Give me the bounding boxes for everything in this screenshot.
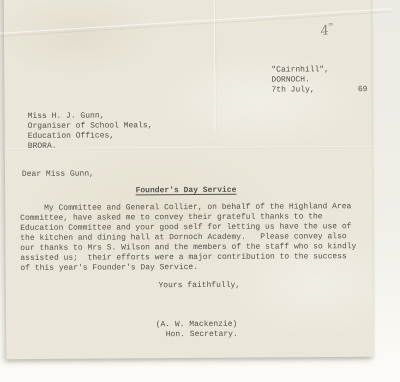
body-line: of this year's Founder's Day Service. — [20, 262, 356, 274]
letter-body: My Committee and General Collier, on beh… — [20, 202, 356, 274]
recipient-role: Organiser of School Meals, — [28, 121, 153, 132]
recipient-name: Miss H. J. Gunn, — [28, 111, 153, 122]
sender-town: DORNOCH. — [271, 75, 367, 86]
letter-year: 69 — [358, 85, 368, 95]
letter-content: 4≈ "Cairnhill", DORNOCH. 7th July, 69 Mi… — [0, 0, 400, 382]
signatory-title: Hon. Secretary. — [156, 330, 238, 340]
subject-heading: Founder's Day Service — [0, 185, 372, 197]
recipient-office: Education Offices, — [28, 131, 153, 142]
recipient-town: BRORA. — [28, 141, 153, 152]
letter-date-row: 7th July, 69 — [271, 85, 367, 96]
salutation: Dear Miss Gunn, — [22, 170, 94, 180]
letter-date: 7th July, — [271, 85, 314, 95]
pencil-annotation: 4≈ — [319, 18, 335, 38]
pencil-annotation-flourish: ≈ — [327, 20, 333, 29]
recipient-address-block: Miss H. J. Gunn, Organiser of School Mea… — [28, 111, 153, 152]
signature-block: (A. W. Mackenzie) Hon. Secretary. — [156, 320, 238, 340]
sender-address-block: "Cairnhill", DORNOCH. 7th July, 69 — [271, 65, 367, 96]
sender-house-name: "Cairnhill", — [271, 65, 367, 76]
closing-valediction: Yours faithfully, — [158, 281, 240, 291]
signatory-name: (A. W. Mackenzie) — [156, 320, 238, 330]
letter-scan: 4≈ "Cairnhill", DORNOCH. 7th July, 69 Mi… — [0, 0, 400, 382]
